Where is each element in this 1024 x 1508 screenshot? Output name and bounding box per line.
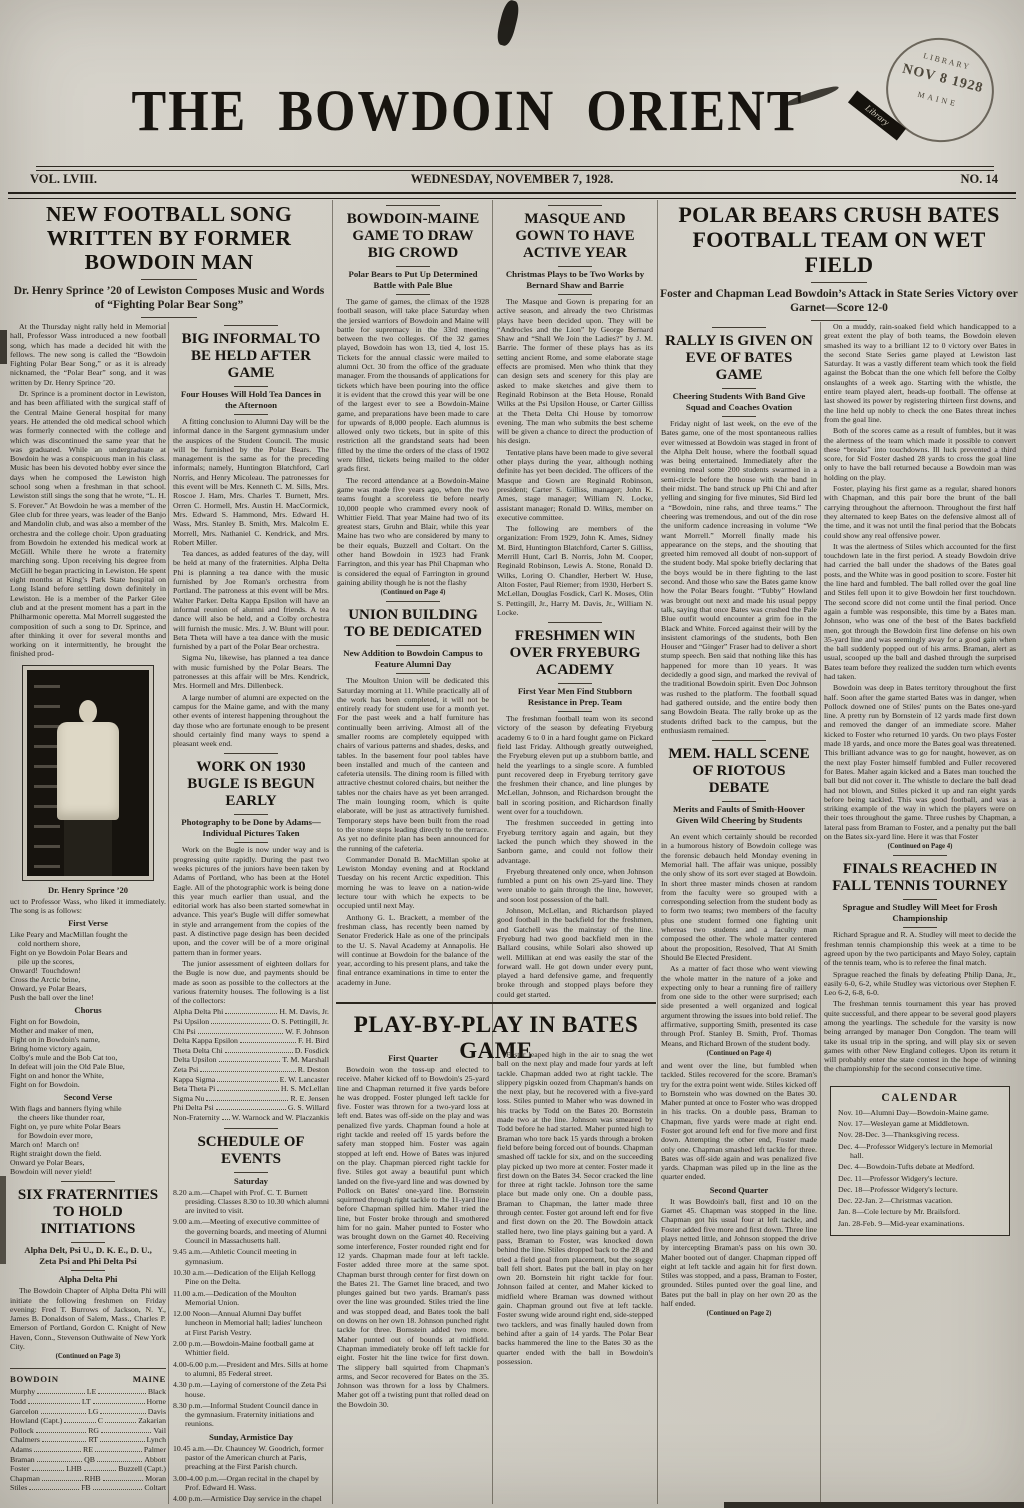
column-1: At the Thursday night rally held in Memo… — [10, 322, 166, 1504]
column-4-lower: Foster leaped high in the air to snag th… — [497, 1050, 653, 1504]
verse-line: Fight on in Bowdoin's name, — [10, 1035, 166, 1044]
lineup-row: MurphyLEBlack — [10, 1387, 166, 1397]
player-right: Horne — [147, 1397, 166, 1407]
paragraph: The freshman football team won its secon… — [497, 714, 653, 816]
position: LE — [87, 1387, 97, 1397]
calendar-box: CALENDARNov. 10—Alumni Day—Bowdoin-Maine… — [830, 1086, 1010, 1236]
paragraph: Foster, playing his first game as a regu… — [824, 484, 1016, 540]
list-value: O. S. Pettingill, Jr. — [272, 1017, 329, 1027]
verse-section: First VerseLike Peary and MacMillan foug… — [10, 918, 166, 1002]
leader-dots — [240, 1042, 296, 1043]
schedule-section: Sunday, Armistice Day10.45 a.m.—Dr. Chau… — [173, 1432, 329, 1504]
article-subhead: Alpha Delt, Psi U., D. K. E., D. U., Zet… — [16, 1245, 160, 1271]
leader-dots — [211, 1023, 269, 1024]
leader-dots — [216, 1109, 286, 1110]
photo-block: Dr. Henry Sprince ’20 — [10, 665, 166, 895]
schedule-item: 10.30 a.m.—Dedication of the Elijah Kell… — [173, 1268, 329, 1287]
lineup-row: AdamsREPalmer — [10, 1445, 166, 1455]
lead-story-left: NEW FOOTBALL SONG WRITTEN BY FORMER BOWD… — [8, 202, 330, 318]
leader-dots — [100, 1441, 145, 1442]
collector-list: Alpha Delta PhiH. M. Davis, Jr.Psi Upsil… — [173, 1007, 329, 1122]
player-left: Chapman — [10, 1474, 40, 1484]
paragraph: The Masque and Gown is preparing for an … — [497, 297, 653, 446]
lineup-row: PollockRGVail — [10, 1426, 166, 1436]
date-label: WEDNESDAY, NOVEMBER 7, 1928. — [0, 172, 1024, 187]
article-subhead: Cheering Students With Band Give Squad a… — [667, 391, 811, 417]
calendar-item: Dec. 22-Jan. 2—Christmas vacation. — [838, 1196, 1002, 1205]
continued-notice: (Continued on Page 4) — [337, 589, 489, 596]
player-left: Stiles — [10, 1483, 27, 1493]
section-subtitle: Alpha Delta Phi — [10, 1274, 166, 1284]
player-left: Garcelon — [10, 1407, 39, 1417]
list-row: Delta UpsilonT. M. Marshall — [173, 1055, 329, 1065]
continued-notice: (Continued on Page 4) — [824, 843, 1016, 850]
column-3-lower: First QuarterBowdoin won the toss-up and… — [337, 1050, 489, 1504]
article-headline: SCHEDULE OF EVENTS — [175, 1128, 327, 1173]
paragraph: The following are members of the organiz… — [497, 524, 653, 617]
lineup-row: ToddLTHorne — [10, 1397, 166, 1407]
continued-notice: (Continued on Page 3) — [10, 1353, 166, 1360]
position: FB — [81, 1483, 91, 1493]
leader-dots — [28, 1403, 80, 1404]
calendar-item: Jan. 28-Feb. 9—Mid-year examinations. — [838, 1219, 1002, 1228]
verse-line: cold northern shore, — [10, 939, 166, 948]
list-value: H. M. Davis, Jr. — [279, 1007, 329, 1017]
schedule-section: Saturday8.20 a.m.—Chapel with Prof. C. T… — [173, 1176, 329, 1429]
paragraph: Tea dances, as added features of the day… — [173, 549, 329, 651]
article-headline: FINALS REACHED IN FALL TENNIS TOURNEY — [826, 855, 1014, 900]
column-rule — [657, 200, 658, 1504]
list-name: Chi Psi — [173, 1027, 196, 1037]
schedule-item: 11.00 a.m.—Dedication of the Moulton Mem… — [173, 1289, 329, 1308]
paragraph: The junior assessment of eighteen dollar… — [173, 959, 329, 1005]
leader-dots — [225, 1013, 277, 1014]
paragraph: Johnson, McLellan, and Richardson played… — [497, 906, 653, 999]
paragraph: Friday night of last week, on the eve of… — [661, 419, 817, 735]
verse-title: First Verse — [10, 918, 166, 928]
paragraph: An event which certainly should be recor… — [661, 832, 817, 962]
paragraph: Tentative plans have been made to give s… — [497, 448, 653, 522]
photo-figure-body — [57, 722, 119, 820]
leader-dots — [93, 1489, 143, 1490]
calendar-item: Dec. 18—Professor Widgery's lecture. — [838, 1185, 1002, 1194]
leader-dots — [100, 1413, 145, 1414]
position: LHB — [66, 1464, 82, 1474]
lineup-team-right: MAINE — [133, 1374, 166, 1384]
paragraph: Both of the scores came as a result of f… — [824, 426, 1016, 482]
position: RE — [83, 1445, 93, 1455]
article-subhead: Christmas Plays to be Two Works by Berna… — [503, 269, 647, 295]
column-4: MASQUE AND GOWN TO HAVE ACTIVE YEARChris… — [497, 200, 653, 1000]
verse-section: ChorusFight on for Bowdoin,Mother and ma… — [10, 1005, 166, 1089]
list-value: T. M. Marshall — [282, 1055, 329, 1065]
list-row: Theta Delta ChiD. Fosdick — [173, 1046, 329, 1056]
player-left: Adams — [10, 1445, 32, 1455]
paragraph: Sigma Nu, likewise, has planned a tea da… — [173, 653, 329, 690]
player-right: Lynch — [147, 1435, 166, 1445]
verse-line: Cross the Arctic brine, — [10, 975, 166, 984]
verse-line: Fight on for Bowdoin. — [10, 1080, 166, 1089]
verse-title: Second Verse — [10, 1092, 166, 1102]
lineup-row: Howland (Capt.)CZakarian — [10, 1416, 166, 1426]
list-name: Psi Upsilon — [173, 1017, 209, 1027]
leader-dots — [36, 1432, 86, 1433]
paragraph: On a muddy, rain-soaked field which hand… — [824, 322, 1016, 424]
verse-line: Fight on for Bowdoin, — [10, 1017, 166, 1026]
paragraph: A large number of alumni are expected on… — [173, 693, 329, 749]
photo-figure-head — [79, 700, 97, 723]
list-value: F. H. Bird — [298, 1036, 329, 1046]
column-rule — [492, 200, 493, 1504]
schedule-item: 10.45 a.m.—Dr. Chauncey W. Goodrich, for… — [173, 1444, 329, 1472]
list-value: D. Fosdick — [295, 1046, 329, 1056]
verse-line: for Bowdoin ever more, — [10, 1131, 166, 1140]
verse-title: Chorus — [10, 1005, 166, 1015]
list-name: Delta Upsilon — [173, 1055, 217, 1065]
lineup-row: FosterLHBBuzzell (Capt.) — [10, 1464, 166, 1474]
paragraph: Dr. Sprince is a prominent doctor in Lew… — [10, 389, 166, 659]
article-headline: SIX FRATERNITIES TO HOLD INITIATIONS — [12, 1181, 164, 1243]
leader-dots — [101, 1432, 151, 1433]
paragraph: Anthony G. L. Brackett, a member of the … — [337, 913, 489, 987]
list-name: Beta Theta Pi — [173, 1084, 215, 1094]
list-value: R. E. Jensen — [290, 1094, 329, 1104]
paragraph: Richard Sprague and R. A. Studley will m… — [824, 930, 1016, 967]
position: RHB — [85, 1474, 101, 1484]
schedule-item: 4.00-6.00 p.m.—President and Mrs. Sills … — [173, 1360, 329, 1379]
paragraph: The freshman tennis tournament this year… — [824, 999, 1016, 1073]
player-right: Vail — [153, 1426, 166, 1436]
player-left: Pollock — [10, 1426, 34, 1436]
list-value: E. W. Lancaster — [280, 1075, 329, 1085]
sprince-photo — [22, 665, 154, 881]
list-value: G. S. Willard — [288, 1103, 329, 1113]
column-6: On a muddy, rain-soaked field which hand… — [824, 322, 1016, 1504]
leader-dots — [217, 1090, 279, 1091]
column-5: RALLY IS GIVEN ON EVE OF BATES GAMECheer… — [661, 322, 817, 1504]
ink-smudge — [0, 330, 7, 364]
list-row: Non-FraternityW. Warnock and W. Placzank… — [173, 1113, 329, 1123]
paragraph: The game of games, the climax of the 192… — [337, 297, 489, 474]
lineup-row: BramanQBAbbott — [10, 1455, 166, 1465]
list-row: Phi Delta PsiG. S. Willard — [173, 1103, 329, 1113]
column-rule — [820, 322, 821, 1504]
article-subhead: Dr. Henry Sprince ’20 of Lewiston Compos… — [8, 284, 330, 318]
player-left: Murphy — [10, 1387, 35, 1397]
paragraph: Work on the Bugle is now under way and i… — [173, 845, 329, 957]
article-headline: WORK ON 1930 BUGLE IS BEGUN EARLY — [175, 753, 327, 815]
player-right: Palmer — [144, 1445, 166, 1455]
leader-dots — [219, 1061, 281, 1062]
position: LG — [88, 1407, 98, 1417]
lineup-header: BOWDOINMAINE — [10, 1374, 166, 1384]
article-subhead: Polar Bears to Put Up Determined Battle … — [343, 269, 483, 295]
list-row: Delta Kappa EpsilonF. H. Bird — [173, 1036, 329, 1046]
calendar-item: Dec. 11—Professor Widgery's lecture. — [838, 1174, 1002, 1183]
leader-dots — [37, 1461, 82, 1462]
lineup-row: ChapmanRHBMoran — [10, 1474, 166, 1484]
column-rule — [332, 200, 333, 1504]
list-name: Kappa Sigma — [173, 1075, 215, 1085]
paragraph: uct to Professor Wass, who liked it imme… — [10, 897, 166, 916]
verse-line: Bowdoin will never yield! — [10, 1167, 166, 1176]
schedule-item: 12.00 Noon—Annual Alumni Day buffet lunc… — [173, 1309, 329, 1337]
column-2: BIG INFORMAL TO BE HELD AFTER GAMEFour H… — [173, 320, 329, 1504]
schedule-item: 4.00 p.m.—Armistice Day service in the c… — [173, 1494, 329, 1504]
position: RG — [88, 1426, 99, 1436]
photo-figure-legs — [64, 820, 112, 876]
list-name: Theta Delta Chi — [173, 1046, 223, 1056]
player-right: Abbott — [144, 1455, 166, 1465]
lineup-table: BOWDOINMAINEMurphyLEBlackToddLTHorneGarc… — [10, 1368, 166, 1493]
leader-dots — [29, 1489, 79, 1490]
article-subhead: First Year Men Find Stubborn Resistance … — [503, 686, 647, 712]
player-right: Zakarian — [138, 1416, 166, 1426]
lineup-row: ChalmersRTLynch — [10, 1435, 166, 1445]
column-3: BOWDOIN-MAINE GAME TO DRAW BIG CROWDPola… — [337, 200, 489, 1000]
leader-dots — [206, 1100, 288, 1101]
calendar-title: CALENDAR — [838, 1092, 1002, 1104]
list-name: Delta Kappa Epsilon — [173, 1036, 238, 1046]
schedule-day: Sunday, Armistice Day — [173, 1432, 329, 1442]
player-left: Todd — [10, 1397, 26, 1407]
list-name: Non-Fraternity — [173, 1113, 220, 1123]
leader-dots — [37, 1393, 85, 1394]
article-headline: POLAR BEARS CRUSH BATES FOOTBALL TEAM ON… — [660, 202, 1018, 283]
leader-dots — [34, 1451, 81, 1452]
list-row: Beta Theta PiH. S. McLellan — [173, 1084, 329, 1094]
verse-line: Onward ye Polar Bears, — [10, 1158, 166, 1167]
schedule-item: 3.00-4.00 p.m.—Organ recital in the chap… — [173, 1474, 329, 1493]
list-name: Alpha Delta Phi — [173, 1007, 223, 1017]
verse-line: Mother and maker of men, — [10, 1026, 166, 1035]
leader-dots — [32, 1470, 65, 1471]
article-headline: FRESHMEN WIN OVER FRYEBURG ACADEMY — [499, 622, 651, 684]
paragraph: As a matter of fact those who went viewi… — [661, 964, 817, 1048]
section-subtitle: Second Quarter — [661, 1185, 817, 1195]
paragraph: Sprague reached the finals by defeating … — [824, 970, 1016, 998]
verse-line: the cheers like thunder roar, — [10, 1113, 166, 1122]
leader-dots — [42, 1480, 83, 1481]
verse-line: Right straight down the field. — [10, 1149, 166, 1158]
list-name: Sigma Nu — [173, 1094, 204, 1104]
column-rule — [168, 322, 169, 1504]
article-headline: BOWDOIN-MAINE GAME TO DRAW BIG CROWD — [339, 205, 487, 267]
calendar-item: Nov. 10—Alumni Day—Bowdoin-Maine game. — [838, 1108, 1002, 1117]
paragraph: It was Bowdoin's ball, first and 10 on t… — [661, 1197, 817, 1309]
article-subhead: Merits and Faults of Smith-Hoover Given … — [667, 804, 811, 830]
dateline-rule-bottom — [8, 192, 1016, 199]
leader-dots — [41, 1413, 86, 1414]
list-row: Zeta PsiR. Deston — [173, 1065, 329, 1075]
article-headline: BIG INFORMAL TO BE HELD AFTER GAME — [175, 325, 327, 387]
leader-dots — [93, 1403, 145, 1404]
paragraph: Bowdoin won the toss-up and elected to r… — [337, 1065, 489, 1409]
verse-line: In defeat will join the Old Pale Blue, — [10, 1062, 166, 1071]
continued-notice: (Continued on Page 4) — [661, 1050, 817, 1057]
article-subhead: Foster and Chapman Lead Bowdoin’s Attack… — [660, 287, 1018, 321]
lineup-team-left: BOWDOIN — [10, 1374, 59, 1384]
list-name: Zeta Psi — [173, 1065, 198, 1075]
article-headline: RALLY IS GIVEN ON EVE OF BATES GAME — [663, 327, 815, 389]
leader-dots — [198, 1033, 284, 1034]
paragraph: The Moulton Union will be dedicated this… — [337, 676, 489, 853]
verse-line: Onward! Touchdown! — [10, 966, 166, 975]
list-value: W. Warnock and W. Placzankis — [232, 1113, 329, 1123]
paragraph: Foster leaped high in the air to snag th… — [497, 1050, 653, 1366]
continued-notice: (Continued on Page 2) — [661, 1310, 817, 1317]
verse-line: Colby's mule and the Bob Cat too, — [10, 1053, 166, 1062]
player-left: Howland (Capt.) — [10, 1416, 62, 1426]
lead-story-right: POLAR BEARS CRUSH BATES FOOTBALL TEAM ON… — [660, 202, 1018, 321]
verse-line: pile up the scores, — [10, 957, 166, 966]
player-right: Buzzell (Capt.) — [118, 1464, 166, 1474]
article-subhead: Four Houses Will Hold Tea Dances in the … — [179, 389, 323, 415]
photo-caption: Dr. Henry Sprince ’20 — [10, 885, 166, 895]
schedule-item: 4.30 p.m.—Laying of cornerstone of the Z… — [173, 1380, 329, 1399]
list-value: W. F. Johnson — [285, 1027, 329, 1037]
list-row: Alpha Delta PhiH. M. Davis, Jr. — [173, 1007, 329, 1017]
player-right: Davis — [148, 1407, 166, 1417]
article-subhead: Sprague and Studley Will Meet for Frosh … — [830, 902, 1010, 928]
paragraph: The Bowdoin Chapter of Alpha Delta Phi w… — [10, 1286, 166, 1351]
player-right: Black — [148, 1387, 166, 1397]
article-headline: MASQUE AND GOWN TO HAVE ACTIVE YEAR — [499, 205, 651, 267]
ink-smudge — [0, 1176, 6, 1264]
leader-dots — [98, 1393, 146, 1394]
schedule-item: 8.20 a.m.—Chapel with Prof. C. T. Burnet… — [173, 1188, 329, 1216]
schedule-item: 9.45 a.m.—Athletic Council meeting in gy… — [173, 1247, 329, 1266]
leader-dots — [103, 1480, 144, 1481]
list-row: Kappa SigmaE. W. Lancaster — [173, 1075, 329, 1085]
ink-smudge — [495, 0, 522, 47]
leader-dots — [84, 1470, 117, 1471]
verse-line: Fight on, ye pure white Polar Bears — [10, 1122, 166, 1131]
player-right: Coltart — [144, 1483, 166, 1493]
verse-line: Onward, ye Polar Bears, — [10, 984, 166, 993]
article-headline: UNION BUILDING TO BE DEDICATED — [339, 601, 487, 646]
list-name: Phi Delta Psi — [173, 1103, 214, 1113]
position: RT — [88, 1435, 98, 1445]
verse-section: Second VerseWith flags and banners flyin… — [10, 1092, 166, 1176]
verse-line: Like Peary and MacMillan fought the — [10, 930, 166, 939]
schedule-item: 9.00 a.m.—Meeting of executive committee… — [173, 1217, 329, 1245]
leader-dots — [225, 1052, 293, 1053]
lineup-row: GarcelonLGDavis — [10, 1407, 166, 1417]
list-row: Chi PsiW. F. Johnson — [173, 1027, 329, 1037]
calendar-item: Dec. 4—Bowdoin-Tufts debate at Medford. — [838, 1162, 1002, 1171]
paragraph: It was the alertness of Stiles which acc… — [824, 542, 1016, 681]
leader-dots — [64, 1422, 95, 1423]
list-row: Sigma NuR. E. Jensen — [173, 1094, 329, 1104]
article-subhead: New Addition to Bowdoin Campus to Featur… — [343, 648, 483, 674]
leader-dots — [97, 1461, 142, 1462]
section-subtitle: First Quarter — [337, 1053, 489, 1063]
paragraph: Fryeburg threatened only once, when John… — [497, 867, 653, 904]
verse-line: With flags and banners flying while — [10, 1104, 166, 1113]
player-right: Moran — [145, 1474, 166, 1484]
photo-image — [27, 670, 149, 876]
player-left: Chalmers — [10, 1435, 40, 1445]
article-subhead: Photography to be Done by Adams— Individ… — [179, 817, 323, 843]
paragraph: The record attendance at a Bowdoin-Maine… — [337, 476, 489, 588]
article-headline: MEM. HALL SCENE OF RIOTOUS DEBATE — [663, 740, 815, 802]
newspaper-page: THE BOWDOIN ORIENT VOL. LVIII. WEDNESDAY… — [0, 0, 1024, 1508]
player-left: Foster — [10, 1464, 30, 1474]
leader-dots — [105, 1422, 136, 1423]
calendar-item: Jan. 8—Cole lecture by Mr. Brailsford. — [838, 1207, 1002, 1216]
paragraph: and went over the line, but fumbled when… — [661, 1061, 817, 1182]
player-left: Braman — [10, 1455, 35, 1465]
list-value: H. S. McLellan — [281, 1084, 329, 1094]
leader-dots — [222, 1119, 230, 1120]
lineup-row: StilesFBColtart — [10, 1483, 166, 1493]
position: QB — [84, 1455, 95, 1465]
issue-number-label: NO. 14 — [961, 172, 999, 187]
verse-line: Push the ball over the line! — [10, 993, 166, 1002]
leader-dots — [42, 1441, 87, 1442]
paragraph: At the Thursday night rally held in Memo… — [10, 322, 166, 387]
schedule-day: Saturday — [173, 1176, 329, 1186]
calendar-item: Nov. 17—Wesleyan game at Middletown. — [838, 1119, 1002, 1128]
article-headline: NEW FOOTBALL SONG WRITTEN BY FORMER BOWD… — [8, 202, 330, 280]
leader-dots — [95, 1451, 142, 1452]
calendar-item: Dec. 4—Professor Widgery's lecture in Me… — [838, 1142, 1002, 1161]
verse-line: March on! March on! — [10, 1140, 166, 1149]
position: LT — [82, 1397, 91, 1407]
leader-dots — [217, 1081, 277, 1082]
play-by-play-banner-headline: PLAY-BY-PLAY IN BATES GAME — [336, 1002, 656, 1056]
calendar-item: Nov. 28-Dec. 3—Thanksgiving recess. — [838, 1130, 1002, 1139]
paragraph: The freshmen succeeded in getting into F… — [497, 818, 653, 864]
position: C — [98, 1416, 103, 1426]
paragraph: Bowdoin was deep in Bates territory thro… — [824, 683, 1016, 841]
masthead-title: THE BOWDOIN ORIENT — [0, 78, 935, 144]
verse-line: Fight on ye Bowdoin Polar Bears and — [10, 948, 166, 957]
paragraph: A fitting conclusion to Alumni Day will … — [173, 417, 329, 547]
verse-line: Fight on and honor the White, — [10, 1071, 166, 1080]
list-value: R. Deston — [298, 1065, 329, 1075]
paragraph: Commander Donald B. MacMillan spoke at L… — [337, 855, 489, 911]
schedule-item: 2.00 p.m.—Bowdoin-Maine football game at… — [173, 1339, 329, 1358]
schedule-item: 8.30 p.m.—Informal Student Council dance… — [173, 1401, 329, 1429]
dateline-rule-top — [36, 166, 994, 171]
verse-line: Bring home victory again, — [10, 1044, 166, 1053]
list-row: Psi UpsilonO. S. Pettingill, Jr. — [173, 1017, 329, 1027]
leader-dots — [200, 1071, 295, 1072]
